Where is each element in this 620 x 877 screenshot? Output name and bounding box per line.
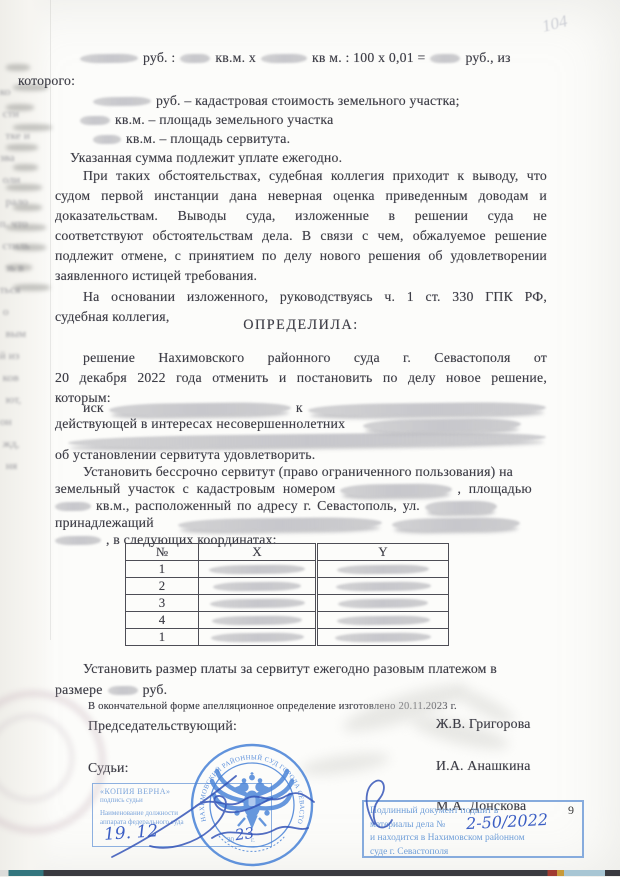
bleed-through-text-fragment: п. что <box>0 218 28 230</box>
column-header-number: № <box>126 544 199 561</box>
establish-line-4: принадлежащий <box>55 515 525 531</box>
calc-text: кв м. : 100 х 0,01 = <box>312 50 425 65</box>
bleed-through-text-fragment: ться <box>0 284 20 296</box>
table-header-row: № X Y <box>126 544 449 561</box>
table-row: 4 <box>126 612 449 629</box>
redaction-smudge <box>80 54 138 64</box>
bleed-through-text-fragment: рало <box>5 196 28 208</box>
redaction-smudge <box>210 632 303 642</box>
redaction-smudge <box>93 135 121 144</box>
bleed-through-text-fragment: ков <box>3 372 19 384</box>
presiding-judge-name: Ж.В. Григорова <box>436 716 531 732</box>
pencil-page-number: 104 <box>540 11 570 37</box>
calc-line-4: кв.м. – площадь земельного участка <box>80 112 333 128</box>
point-number: 1 <box>126 629 199 646</box>
bleed-through-text-fragment: о <box>3 306 9 318</box>
bleed-through-text-fragment: он <box>0 416 12 428</box>
table-row: 3 <box>126 595 449 612</box>
y-value-redacted <box>317 595 449 612</box>
point-number: 3 <box>126 595 199 612</box>
calc-line-1: руб. :кв.м. хкв м. : 100 х 0,01 =руб., и… <box>75 50 511 66</box>
coordinates-table: № X Y 12341 <box>125 543 449 646</box>
redaction-smudge <box>337 565 429 575</box>
redaction-smudge <box>55 536 101 546</box>
claim-line: искк <box>83 400 551 416</box>
bleed-through-text-fragment: жд, <box>3 438 20 450</box>
bleed-through-text-fragment: й из <box>0 350 19 362</box>
redaction-smudge <box>392 517 520 531</box>
filed-page-number: 9 <box>568 804 574 818</box>
redaction-smudge <box>178 517 382 531</box>
bleed-through-text-fragment: ня <box>6 460 18 472</box>
bleed-through-text-fragment: стиль <box>2 240 29 252</box>
calc-text: руб. : <box>143 50 175 65</box>
establish-line-2: земельный участок с кадастровым номером,… <box>55 481 532 497</box>
column-header-x: X <box>199 544 317 561</box>
payment-line-1: Установить размер платы за сервитут ежег… <box>83 661 497 677</box>
bleed-through-mark <box>6 64 30 71</box>
paragraph-line: заявленного истицей требования. <box>55 266 547 286</box>
claim-text: к <box>296 400 303 415</box>
redacted-names-line <box>68 431 546 447</box>
y-value-redacted <box>317 629 449 646</box>
paragraph-line: При таких обстоятельствах, судебная колл… <box>55 166 547 186</box>
paragraph-decision: решение Нахимовского районного суда г. С… <box>55 348 547 408</box>
establish-text: принадлежащий <box>55 515 154 530</box>
x-value-redacted <box>199 629 317 646</box>
x-value-redacted <box>199 612 317 629</box>
calc-text: руб. – кадастровая стоимость земельного … <box>156 93 460 108</box>
paragraph-line: На основании изложенного, руководствуясь… <box>55 287 547 307</box>
y-value-redacted <box>317 612 449 629</box>
column-header-y: Y <box>317 544 449 561</box>
point-number: 4 <box>126 612 199 629</box>
redaction-smudge <box>430 54 460 63</box>
redaction-smudge <box>261 54 307 64</box>
bleed-through-text-fragment: зва <box>0 152 15 164</box>
establish-text: земельный участок с кадастровым номером <box>55 481 335 496</box>
calc-line-6: Указанная сумма подлежит уплате ежегодно… <box>70 150 342 166</box>
redaction-smudge <box>213 582 301 592</box>
redaction-smudge <box>363 418 521 432</box>
bleed-through-text-fragment: тке и <box>5 130 30 142</box>
fold-line <box>50 0 51 640</box>
bleed-through-text-fragment: ко <box>0 86 11 98</box>
redaction-smudge <box>80 116 110 125</box>
establish-line-3: кв.м., расположенный по адресу г. Севаст… <box>55 498 502 514</box>
x-value-redacted <box>199 595 317 612</box>
bleed-through-text-fragment: сти <box>3 108 19 120</box>
bleed-through-text-fragment: ют, <box>6 394 22 406</box>
establish-line-1: Установить бессрочно сервитут (право огр… <box>83 464 513 480</box>
calc-text: кв.м. – площадь земельного участка <box>115 112 333 127</box>
paragraph-line: подлежит отмене, с принятием по делу нов… <box>55 246 547 266</box>
point-number: 2 <box>126 578 199 595</box>
acting-text: действующей в интересах несовершеннолетн… <box>55 416 345 431</box>
y-value-redacted <box>317 561 449 578</box>
bleed-through-text-fragment: зь в <box>6 262 24 274</box>
paragraph-line: 20 декабря 2022 года отменить и постанов… <box>55 368 547 388</box>
scan-bottom-edge <box>0 870 620 876</box>
redaction-smudge <box>336 615 429 625</box>
paragraph-line: доказательствам. Выводы суда, изложенные… <box>55 206 547 226</box>
calc-text: кв.м. – площадь сервитута. <box>126 131 290 146</box>
redaction-smudge <box>209 564 305 574</box>
calc-text: кв.м. х <box>215 50 256 65</box>
redaction-smudge <box>308 401 546 416</box>
bleed-through-mark <box>13 164 38 171</box>
redaction-smudge <box>335 632 431 642</box>
redaction-smudge <box>93 97 151 107</box>
payment-line-2: размереруб. <box>55 682 167 698</box>
pen-signatures <box>80 740 420 877</box>
paragraph-assessment: При таких обстоятельствах, судебная колл… <box>55 166 547 286</box>
point-number: 1 <box>126 561 199 578</box>
redaction-smudge <box>108 686 138 695</box>
paragraph-line: решение Нахимовского районного суда г. С… <box>55 348 547 368</box>
redaction-smudge <box>212 616 302 626</box>
payment-text: руб. <box>143 682 168 697</box>
redaction-smudge <box>340 483 452 496</box>
table-row: 1 <box>126 561 449 578</box>
redaction-smudge <box>425 500 497 513</box>
bleed-through-text-fragment: вым <box>6 328 27 340</box>
paragraph-line: судом первой инстанции дана неверная оце… <box>55 186 547 206</box>
redaction-smudge <box>180 54 210 63</box>
coordinates-table-body: 12341 <box>126 561 449 646</box>
establish-text: кв.м., расположенный по адресу г. Севаст… <box>96 498 420 513</box>
establish-text: , площадью <box>457 481 531 496</box>
x-value-redacted <box>199 561 317 578</box>
x-value-redacted <box>199 578 317 595</box>
bleed-through-text-fragment: оли <box>3 174 21 186</box>
y-value-redacted <box>317 578 449 595</box>
redaction-smudge <box>335 581 430 591</box>
calc-line-2: которого: <box>18 73 75 89</box>
acting-line: действующей в интересах несовершеннолетн… <box>55 416 526 432</box>
presiding-judge-label: Председательствующий: <box>88 718 237 734</box>
calc-line-3: руб. – кадастровая стоимость земельного … <box>88 93 460 109</box>
redaction-smudge <box>338 599 428 609</box>
redaction-smudge <box>109 402 291 416</box>
redaction-smudge <box>55 502 91 511</box>
servitude-line: об установлении сервитута удовлетворить. <box>55 447 315 463</box>
table-row: 2 <box>126 578 449 595</box>
bleed-through-mark <box>6 144 38 151</box>
claim-text: иск <box>83 400 104 415</box>
calc-line-5: кв.м. – площадь сервитута. <box>88 131 290 147</box>
judge-name-anashkina: И.А. Анашкина <box>436 758 531 774</box>
paragraph-line: соответствуют обстоятельствам дела. В св… <box>55 226 547 246</box>
table-row: 1 <box>126 629 449 646</box>
scanned-court-document-page: коститке изваолиралоп. чтостильзь втьсяо… <box>0 0 620 877</box>
redaction-smudge <box>209 598 304 608</box>
calc-text: руб., из <box>465 50 510 65</box>
ruling-heading: ОПРЕДЕЛИЛА: <box>55 317 547 334</box>
